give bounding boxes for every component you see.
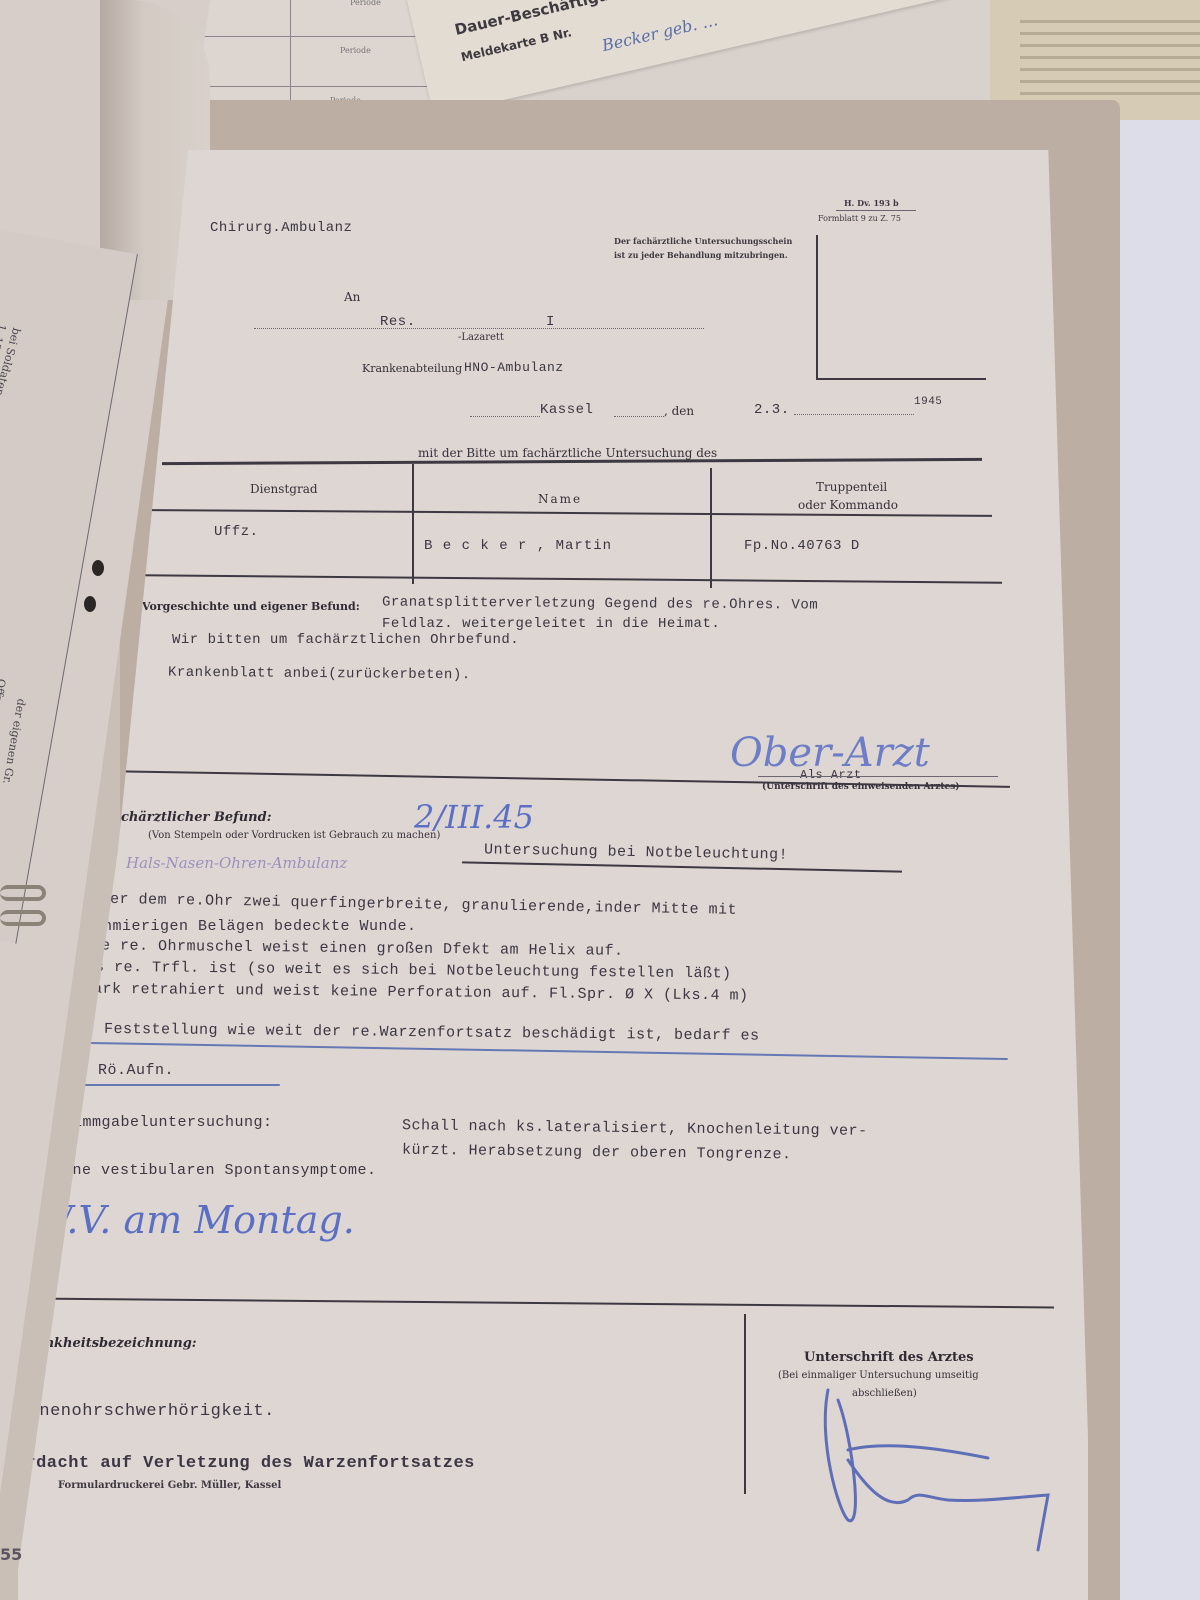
- signature-typed: Als Arzt: [800, 768, 862, 782]
- pen-underline: [88, 1042, 1008, 1060]
- table-divider: [710, 468, 712, 588]
- physician-signature-title: Unterschrift des Arztes: [804, 1350, 974, 1365]
- krankheit-label: Krankheitsbezeichnung:: [18, 1336, 197, 1351]
- news-line: [1020, 68, 1200, 71]
- form-gridline: [190, 86, 450, 87]
- cell-dienstgrad: Uffz.: [214, 524, 259, 540]
- finding-line: Das re. Trfl. ist (so weit es sich bei N…: [76, 959, 732, 983]
- printer-imprint: Formulardruckerei Gebr. Müller, Kassel: [58, 1480, 281, 1491]
- table-bottom-rule: [142, 574, 1002, 584]
- place-line: [614, 416, 664, 417]
- form-id: H. Dv. 193 b: [844, 198, 899, 208]
- page-number: 55: [0, 1545, 22, 1564]
- stimmgabel-line: Schall nach ks.lateralisiert, Knochenlei…: [402, 1117, 868, 1140]
- form-label: Periode: [350, 0, 381, 7]
- notice-line: Der fachärztliche Untersuchungsschein: [614, 236, 792, 246]
- medical-referral-form: Heftrand. Chirurg.Ambulanz H. Dv. 193 b …: [18, 150, 1088, 1600]
- form-label: Periode: [340, 46, 371, 55]
- vorgeschichte-line: Krankenblatt anbei(zurückerbeten).: [168, 665, 471, 684]
- bottom-divider: [24, 1298, 1054, 1309]
- header-dienstgrad: Dienstgrad: [250, 482, 318, 496]
- pen-underline: [66, 1084, 280, 1086]
- year-value: 1945: [914, 396, 942, 408]
- finding-line: schmierigen Belägen bedeckte Wunde.: [84, 918, 417, 935]
- hno-stamp: Hals-Nasen-Ohren-Ambulanz: [126, 854, 347, 872]
- facharzt-label: Fachärztlicher Befund:: [104, 810, 272, 825]
- exam-heading: Untersuchung bei Notbeleuchtung!: [484, 841, 788, 863]
- cell-name: B e c k e r , Martin: [424, 538, 612, 554]
- stamp-box: [816, 235, 986, 380]
- handwritten-followup: W.V. am Montag.: [34, 1198, 355, 1242]
- heading-underline: [462, 861, 902, 872]
- xray-line: der Rö.Aufn.: [60, 1062, 174, 1079]
- header-kommando: oder Kommando: [798, 498, 898, 512]
- xray-line: Zur Feststellung wie weit der re.Warzenf…: [66, 1020, 760, 1044]
- sender-department: Chirurg.Ambulanz: [210, 220, 352, 236]
- abteilung-value: HNO-Ambulanz: [464, 360, 564, 375]
- notice-line: ist zu jeder Behandlung mitzubringen.: [614, 250, 788, 260]
- bottom-column-divider: [744, 1314, 746, 1494]
- news-line: [1020, 80, 1200, 83]
- diagnosis-line: Innenohrschwerhörigkeit.: [18, 1402, 275, 1421]
- vorgeschichte-line: Wir bitten um fachärztlichen Ohrbefund.: [172, 632, 519, 648]
- stimmgabel-line: kürzt. Herabsetzung der oberen Tongrenze…: [402, 1142, 792, 1164]
- form-id-sub: Formblatt 9 zu Z. 75: [818, 214, 901, 223]
- an-label: An: [344, 290, 360, 304]
- news-line: [1020, 44, 1200, 47]
- lazarett-label: -Lazarett: [458, 332, 504, 343]
- vorgeschichte-line: Granatsplitterverletzung Gegend des re.O…: [382, 594, 818, 613]
- abteilung-label: Krankenabteilung: [362, 362, 462, 375]
- den-label: , den: [664, 404, 694, 418]
- facharzt-sublabel: (Von Stempeln oder Vordrucken ist Gebrau…: [148, 830, 440, 841]
- form-gridline: [190, 36, 450, 37]
- address-line: [254, 328, 704, 329]
- vorgeschichte-line: Feldlaz. weitergeleitet in die Heimat.: [382, 616, 720, 632]
- date-value: 2.3.: [754, 402, 790, 418]
- stimmgabel-label: Stimmgabeluntersuchung:: [54, 1114, 273, 1131]
- request-text: mit der Bitte um fachärztliche Untersuch…: [418, 446, 717, 460]
- card-handwriting: Becker geb. …: [600, 10, 719, 55]
- table-divider: [412, 464, 414, 584]
- diagnosis-line: Verdacht auf Verletzung des Warzenfortsa…: [4, 1454, 475, 1473]
- exam-date-handwritten: 2/III.45: [414, 798, 534, 836]
- punch-hole: [84, 596, 96, 612]
- binder-ring: [0, 885, 46, 901]
- news-line: [1020, 92, 1200, 95]
- header-name: Name: [538, 492, 582, 506]
- signature-line: [758, 776, 998, 777]
- binder-ring: [0, 910, 46, 926]
- finding-line: Die re. Ohrmuschel weist einen großen Df…: [82, 937, 624, 960]
- vorgeschichte-label: Vorgeschichte und eigener Befund:: [142, 600, 360, 613]
- place-line: [470, 416, 540, 417]
- news-line: [1020, 20, 1200, 23]
- vestibular-line: Keine vestibularen Spontansymptome.: [44, 1162, 377, 1179]
- finding-line: stark retrahiert und weist keine Perfora…: [74, 980, 749, 1004]
- cell-truppenteil: Fp.No.40763 D: [744, 538, 860, 554]
- news-line: [1020, 32, 1200, 35]
- news-line: [1020, 56, 1200, 59]
- date-line: [794, 414, 914, 415]
- punch-hole: [92, 560, 104, 576]
- header-truppenteil: Truppenteil: [816, 480, 887, 494]
- form-id-divider: [836, 210, 916, 211]
- physician-signature-scrawl: [808, 1380, 1068, 1560]
- place-value: Kassel: [540, 402, 593, 418]
- finding-line: Hinter dem re.Ohr zwei querfingerbreite,…: [72, 890, 737, 919]
